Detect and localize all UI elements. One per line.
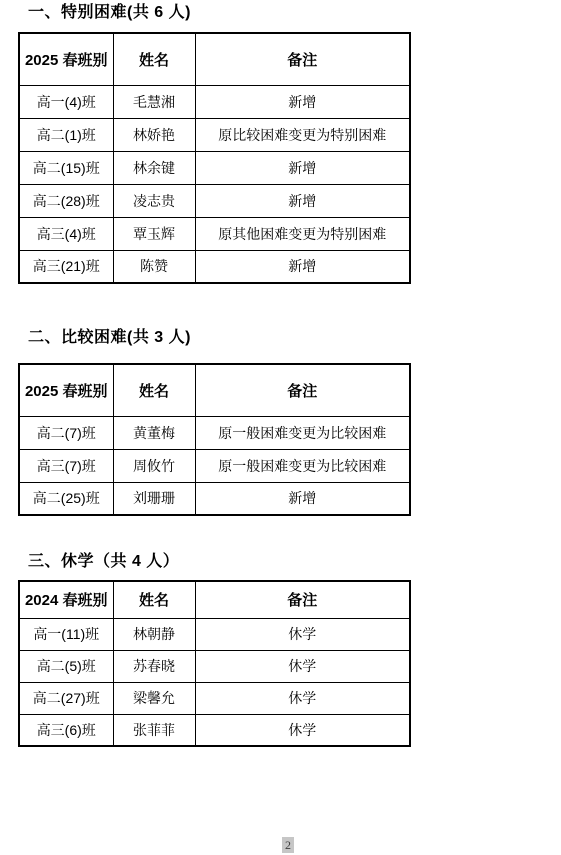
- name-cell: 林余键: [113, 151, 195, 184]
- table-row: 高二(7)班黄董梅原一般困难变更为比较困难: [19, 416, 410, 449]
- table-row: 高三(21)班陈赞新增: [19, 250, 410, 283]
- class-cell: 高二(27)班: [19, 682, 113, 714]
- column-header-name: 姓名: [113, 581, 195, 618]
- column-header-name: 姓名: [113, 33, 195, 85]
- table-row: 高二(5)班苏春晓休学: [19, 650, 410, 682]
- page-number-field: 2: [282, 837, 294, 853]
- table-row: 高二(28)班凌志贵新增: [19, 184, 410, 217]
- column-header-remark: 备注: [195, 364, 410, 416]
- class-cell: 高一(4)班: [19, 85, 113, 118]
- section-heading-especially-difficult: 一、特别困难(共 6 人): [28, 3, 191, 23]
- class-cell: 高二(1)班: [19, 118, 113, 151]
- class-cell: 高三(21)班: [19, 250, 113, 283]
- name-cell: 凌志贵: [113, 184, 195, 217]
- class-cell: 高三(4)班: [19, 217, 113, 250]
- table-row: 高三(6)班张菲菲休学: [19, 714, 410, 746]
- table-header-row: 2025 春班别 姓名 备注: [19, 364, 410, 416]
- column-header-name: 姓名: [113, 364, 195, 416]
- remark-cell: 休学: [195, 618, 410, 650]
- table-row: 高二(15)班林余键新增: [19, 151, 410, 184]
- column-header-class: 2025 春班别: [19, 364, 113, 416]
- table-header-row: 2024 春班别 姓名 备注: [19, 581, 410, 618]
- name-cell: 覃玉辉: [113, 217, 195, 250]
- remark-cell: 新增: [195, 151, 410, 184]
- remark-cell: 新增: [195, 184, 410, 217]
- table-header-row: 2025 春班别 姓名 备注: [19, 33, 410, 85]
- document-page: 一、特别困难(共 6 人) 2025 春班别 姓名 备注 高一(4)班毛慧湘新增…: [0, 0, 561, 855]
- class-cell: 高二(7)班: [19, 416, 113, 449]
- table-row: 高二(1)班林娇艳原比较困难变更为特别困难: [19, 118, 410, 151]
- remark-cell: 原一般困难变更为比较困难: [195, 416, 410, 449]
- table-row: 高一(11)班林朝静休学: [19, 618, 410, 650]
- remark-cell: 休学: [195, 682, 410, 714]
- table-relatively-difficult: 2025 春班别 姓名 备注 高二(7)班黄董梅原一般困难变更为比较困难高三(7…: [18, 363, 411, 516]
- remark-cell: 新增: [195, 85, 410, 118]
- remark-cell: 原一般困难变更为比较困难: [195, 449, 410, 482]
- table-row: 高二(27)班梁馨允休学: [19, 682, 410, 714]
- column-header-class: 2024 春班别: [19, 581, 113, 618]
- class-cell: 高三(6)班: [19, 714, 113, 746]
- remark-cell: 原比较困难变更为特别困难: [195, 118, 410, 151]
- name-cell: 毛慧湘: [113, 85, 195, 118]
- table-row: 高二(25)班刘珊珊新增: [19, 482, 410, 515]
- section-heading-leave-of-absence: 三、休学（共 4 人）: [28, 552, 179, 572]
- section-heading-relatively-difficult: 二、比较困难(共 3 人): [28, 328, 191, 348]
- table-row: 高三(4)班覃玉辉原其他困难变更为特别困难: [19, 217, 410, 250]
- table-especially-difficult: 2025 春班别 姓名 备注 高一(4)班毛慧湘新增高二(1)班林娇艳原比较困难…: [18, 32, 411, 284]
- name-cell: 林朝静: [113, 618, 195, 650]
- column-header-class: 2025 春班别: [19, 33, 113, 85]
- column-header-remark: 备注: [195, 33, 410, 85]
- name-cell: 刘珊珊: [113, 482, 195, 515]
- name-cell: 黄董梅: [113, 416, 195, 449]
- table-row: 高一(4)班毛慧湘新增: [19, 85, 410, 118]
- name-cell: 梁馨允: [113, 682, 195, 714]
- class-cell: 高二(15)班: [19, 151, 113, 184]
- remark-cell: 休学: [195, 714, 410, 746]
- remark-cell: 新增: [195, 482, 410, 515]
- column-header-remark: 备注: [195, 581, 410, 618]
- class-cell: 高二(25)班: [19, 482, 113, 515]
- remark-cell: 新增: [195, 250, 410, 283]
- remark-cell: 休学: [195, 650, 410, 682]
- remark-cell: 原其他困难变更为特别困难: [195, 217, 410, 250]
- name-cell: 苏春晓: [113, 650, 195, 682]
- name-cell: 周攸竹: [113, 449, 195, 482]
- table-leave-of-absence: 2024 春班别 姓名 备注 高一(11)班林朝静休学高二(5)班苏春晓休学高二…: [18, 580, 411, 747]
- table-row: 高三(7)班周攸竹原一般困难变更为比较困难: [19, 449, 410, 482]
- class-cell: 高二(5)班: [19, 650, 113, 682]
- class-cell: 高二(28)班: [19, 184, 113, 217]
- name-cell: 陈赞: [113, 250, 195, 283]
- name-cell: 张菲菲: [113, 714, 195, 746]
- class-cell: 高一(11)班: [19, 618, 113, 650]
- class-cell: 高三(7)班: [19, 449, 113, 482]
- name-cell: 林娇艳: [113, 118, 195, 151]
